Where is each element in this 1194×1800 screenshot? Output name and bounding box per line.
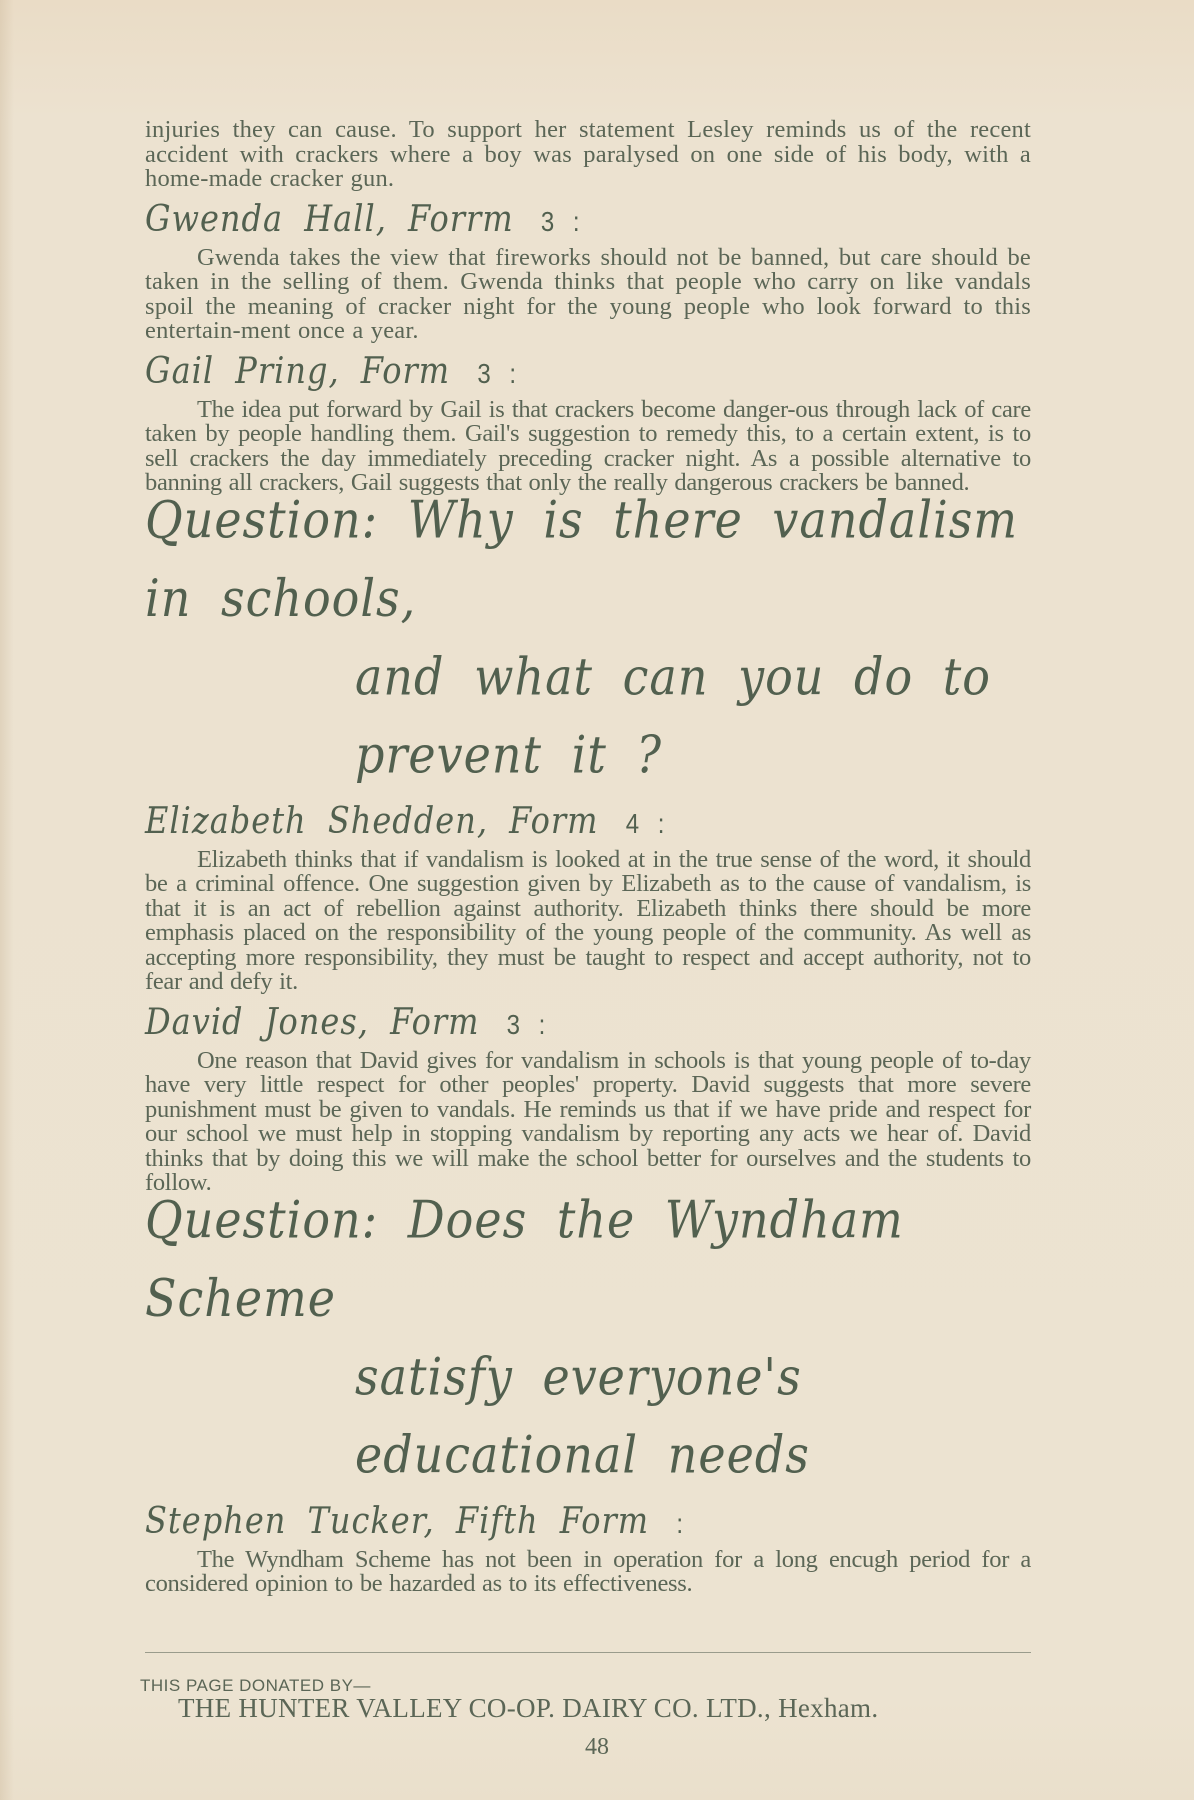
donor-name: THE HUNTER VALLEY CO-OP. DAIRY CO. LTD.,…: [178, 1693, 878, 1724]
contributor-name: Gail Pring, Form: [145, 348, 450, 392]
question-line-1: Question: Why is there vandalism in scho…: [145, 480, 1031, 637]
contributor-heading-gwenda: Gwenda Hall, Forrm 3 :: [145, 196, 1031, 240]
paragraph-david: One reason that David gives for vandalis…: [145, 1049, 1031, 1196]
form-number: 3 :: [477, 358, 517, 389]
paragraph-gwenda: Gwenda takes the view that fireworks sho…: [145, 246, 1031, 344]
paragraph-elizabeth: Elizabeth thinks that if vandalism is lo…: [145, 848, 1031, 995]
page-body: injuries they can cause. To support her …: [145, 118, 1031, 1597]
page-number: 48: [0, 1734, 1194, 1761]
question-line-2: satisfy everyone's educational needs: [145, 1337, 1031, 1494]
contributor-name: Elizabeth Shedden, Form: [145, 798, 599, 842]
paragraph-stephen: The Wyndham Scheme has not been in opera…: [145, 1548, 1031, 1597]
footer-divider: [145, 1652, 1031, 1653]
form-number: 3 :: [507, 1009, 547, 1040]
contributor-heading-elizabeth: Elizabeth Shedden, Form 4 :: [145, 798, 1031, 842]
contributor-name: Stephen Tucker, Fifth Form: [145, 1498, 649, 1542]
page-edge-shadow: [0, 0, 14, 1800]
form-number: 4 :: [626, 808, 666, 839]
form-number: 3 :: [541, 206, 581, 237]
form-number: :: [676, 1508, 684, 1539]
contributor-name: David Jones, Form: [145, 999, 479, 1043]
intro-paragraph: injuries they can cause. To support her …: [145, 118, 1031, 192]
question-heading-vandalism: Question: Why is there vandalism in scho…: [145, 480, 1031, 794]
question-heading-wyndham: Question: Does the Wyndham Scheme satisf…: [145, 1180, 1031, 1494]
contributor-heading-david: David Jones, Form 3 :: [145, 999, 1031, 1043]
contributor-heading-stephen: Stephen Tucker, Fifth Form :: [145, 1498, 1031, 1542]
question-line-2: and what can you do to prevent it ?: [145, 637, 1031, 794]
contributor-heading-gail: Gail Pring, Form 3 :: [145, 348, 1031, 392]
question-line-1: Question: Does the Wyndham Scheme: [145, 1180, 1031, 1337]
contributor-name: Gwenda Hall, Forrm: [145, 196, 514, 240]
